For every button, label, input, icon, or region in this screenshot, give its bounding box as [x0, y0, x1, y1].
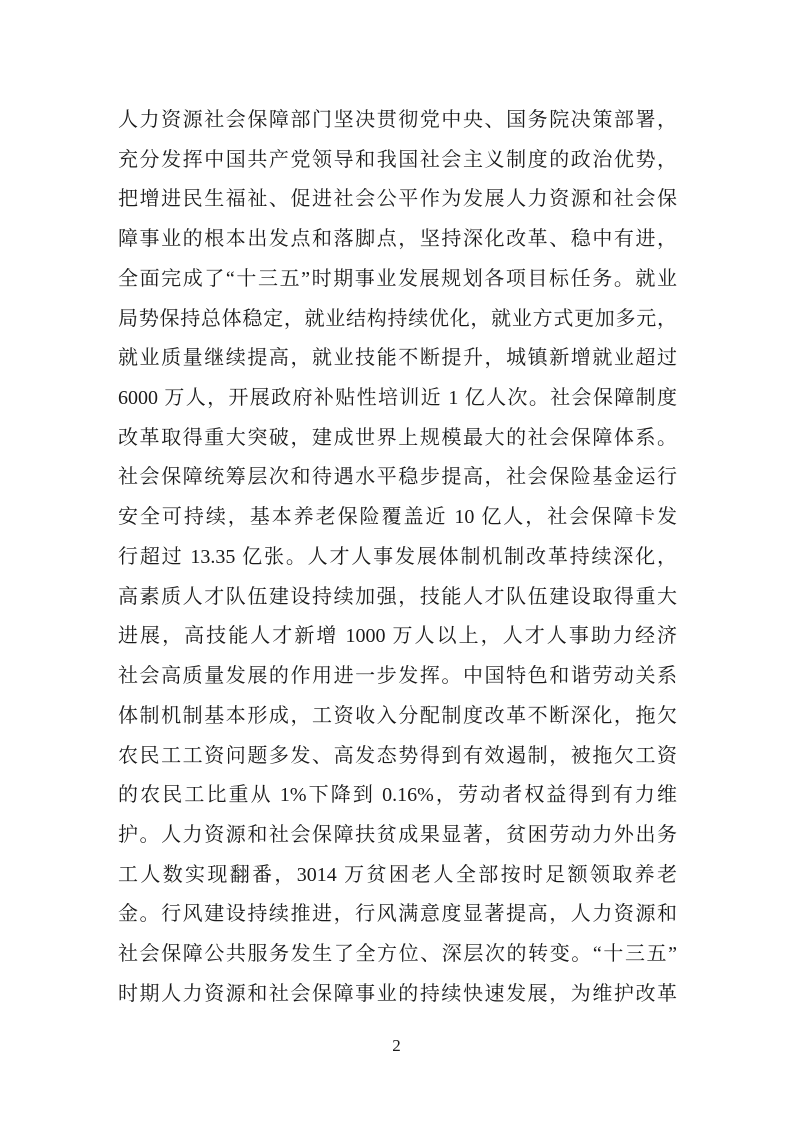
text-line: 社会高质量发展的作用进一步发挥。中国特色和谐劳动关系	[118, 657, 677, 697]
text-line: 安全可持续，基本养老保险覆盖近 10 亿人，社会保障卡发	[118, 498, 677, 538]
text-line: 6000 万人，开展政府补贴性培训近 1 亿人次。社会保障制度	[118, 379, 677, 419]
text-line: 局势保持总体稳定，就业结构持续优化，就业方式更加多元，	[118, 300, 677, 340]
text-line: 把增进民生福祉、促进社会公平作为发展人力资源和社会保	[118, 180, 677, 220]
page-number: 2	[0, 1034, 793, 1058]
text-line: 人力资源社会保障部门坚决贯彻党中央、国务院决策部署，	[118, 101, 677, 141]
text-line: 体制机制基本形成，工资收入分配制度改革不断深化，拖欠	[118, 697, 677, 737]
text-line: 的农民工比重从 1%下降到 0.16%，劳动者权益得到有力维	[118, 776, 677, 816]
text-line: 时期人力资源和社会保障事业的持续快速发展，为维护改革	[118, 975, 677, 1015]
text-line: 工人数实现翻番，3014 万贫困老人全部按时足额领取养老	[118, 856, 677, 896]
text-line: 农民工工资问题多发、高发态势得到有效遏制，被拖欠工资	[118, 737, 677, 777]
text-line: 护。人力资源和社会保障扶贫成果显著，贫困劳动力外出务	[118, 816, 677, 856]
text-line: 高素质人才队伍建设持续加强，技能人才队伍建设取得重大	[118, 578, 677, 618]
text-line: 行超过 13.35 亿张。人才人事发展体制机制改革持续深化，	[118, 538, 677, 578]
text-line: 就业质量继续提高，就业技能不断提升，城镇新增就业超过	[118, 339, 677, 379]
text-line: 充分发挥中国共产党领导和我国社会主义制度的政治优势，	[118, 141, 677, 181]
text-line: 全面完成了“十三五”时期事业发展规划各项目标任务。就业	[118, 260, 677, 300]
text-line: 进展，高技能人才新增 1000 万人以上，人才人事助力经济	[118, 617, 677, 657]
text-line: 障事业的根本出发点和落脚点，坚持深化改革、稳中有进，	[118, 220, 677, 260]
document-page: 人力资源社会保障部门坚决贯彻党中央、国务院决策部署，充分发挥中国共产党领导和我国…	[0, 0, 793, 1122]
text-line: 金。行风建设持续推进，行风满意度显著提高，人力资源和	[118, 895, 677, 935]
page-body-text: 人力资源社会保障部门坚决贯彻党中央、国务院决策部署，充分发挥中国共产党领导和我国…	[118, 101, 677, 1015]
text-line: 社会保障公共服务发生了全方位、深层次的转变。“十三五”	[118, 935, 677, 975]
text-line: 社会保障统筹层次和待遇水平稳步提高，社会保险基金运行	[118, 458, 677, 498]
text-line: 改革取得重大突破，建成世界上规模最大的社会保障体系。	[118, 419, 677, 459]
